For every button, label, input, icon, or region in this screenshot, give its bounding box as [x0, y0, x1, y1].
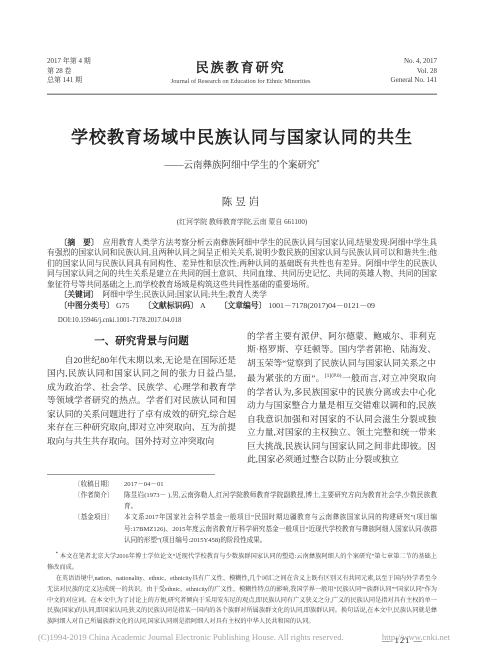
- body-paragraph-right: 的学者主要有派伊、阿尔德蒙、鲍威尔、菲利克斯·格罗斯、亨廷顿等。国内学者郭艳、陆…: [247, 330, 436, 467]
- journal-title-english: Journal of Research on Education for Eth…: [171, 78, 311, 85]
- copyright-text: (C)1994-2019 China Academic Journal Elec…: [38, 632, 344, 642]
- article-title: 学校教育场域中民族认同与国家认同的共生: [47, 123, 437, 148]
- doc-code-label: 〔文献标识码〕: [143, 301, 198, 310]
- received-date-row: 〔收稿日期〕 2017－04－01: [74, 479, 437, 490]
- journal-header: 2017 年第 4 期 第 28 卷 总第 141 期 民族教育研究 Journ…: [47, 57, 437, 86]
- abstract-paragraph: 〔摘 要〕 应用教育人类学方法考察分析云南彝族阿细中学生的民族认同与国家认同,结…: [47, 238, 437, 291]
- classification-line: 〔中图分类号〕 G75〔文献标识码〕 A〔文章编号〕 1001－7178(201…: [47, 301, 437, 312]
- issue-general-cn: 总第 141 期: [47, 76, 91, 86]
- author-bio-value: 陈昱岿(1973－ ),男,云南弥勒人,红河学院教师教育学院副教授,博士,主要研…: [124, 490, 437, 513]
- received-date-label: 〔收稿日期〕: [74, 479, 124, 490]
- article-id-label: 〔文章编号〕: [220, 301, 267, 310]
- footnotes-block: * 本文在笔者北京大学2016年博士学位论文“近现代学校教育与少数族群国家认同的…: [47, 550, 437, 628]
- title-footnote-marker: *: [317, 159, 320, 165]
- journal-title: 民族教育研究: [171, 57, 311, 76]
- footnote-1: * 本文在笔者北京大学2016年博士学位论文“近现代学校教育与少数族群国家认同的…: [47, 550, 437, 574]
- author-bio-row: 〔作者简介〕 陈昱岿(1973－ ),男,云南弥勒人,红河学院教师教育学院副教授…: [74, 490, 437, 513]
- fund-project-row: 〔基金项目〕 本文系2017年国家社会科学基金一般项目“民国时期边疆教育与云南彝…: [74, 512, 437, 546]
- issue-general-en: General No. 141: [391, 76, 437, 86]
- abstract-label: 〔摘 要〕: [59, 238, 94, 247]
- fund-project-value: 本文系2017年国家社会科学基金一般项目“民国时期边疆教育与云南彝族国家认同的构…: [124, 512, 437, 546]
- author-bio-label: 〔作者简介〕: [74, 490, 124, 513]
- section-heading-1: 一、研究背景与问题: [47, 333, 236, 348]
- two-column-body: 一、研究背景与问题 自20世纪80年代末期以来,无论是在国际还是国内,民族认同和…: [47, 326, 437, 467]
- cnki-url: http://www.cnki.net: [382, 632, 450, 642]
- body-paragraph-left: 自20世纪80年代末期以来,无论是在国际还是国内,民族认同和国家认同之间的张力日…: [47, 354, 236, 449]
- footnote-2: 在英语语境中,nation、nationality、ethnic、ethnici…: [47, 574, 437, 628]
- body-right-text-2: 一般而言,对立冲突取向的学者认为,多民族国家中的民族分离或去中心化动力与国家整合…: [247, 373, 436, 464]
- article-subtitle-text: ——云南彝族阿细中学生的个案研究: [164, 161, 316, 171]
- keywords-line: 〔关键词〕 阿细中学生;民族认同;国家认同;共生;教育人类学: [47, 290, 437, 301]
- doc-code-value: A: [200, 301, 206, 310]
- abstract-block: 〔摘 要〕 应用教育人类学方法考察分析云南彝族阿细中学生的民族认同与国家认同,结…: [47, 238, 437, 312]
- left-column: 一、研究背景与问题 自20世纪80年代末期以来,无论是在国际还是国内,民族认同和…: [47, 326, 236, 467]
- keywords-label: 〔关键词〕: [59, 290, 94, 299]
- issue-volume-cn: 第 28 卷: [47, 67, 91, 77]
- footnote-1-text: 本文在笔者北京大学2016年博士学位论文“近现代学校教育与少数族群国家认同的塑造…: [47, 553, 437, 571]
- citation-reference: [1](P.6): [325, 373, 342, 379]
- footnote-marker: *: [56, 552, 59, 557]
- issue-volume-en: Vol. 28: [391, 67, 437, 77]
- clc-label: 〔中图分类号〕: [59, 301, 114, 310]
- abstract-text: 应用教育人类学方法考察分析云南彝族阿细中学生的民族认同与国家认同,结果发现:阿细…: [47, 238, 437, 289]
- journal-title-block: 民族教育研究 Journal of Research on Education …: [171, 57, 311, 85]
- issue-number-en: No. 4, 2017: [391, 57, 437, 67]
- right-column: 的学者主要有派伊、阿尔德蒙、鲍威尔、菲利克斯·格罗斯、亨廷顿等。国内学者郭艳、陆…: [247, 326, 436, 467]
- header-issue-info-en: No. 4, 2017 Vol. 28 General No. 141: [391, 57, 437, 86]
- issue-year: 2017 年第 4 期: [47, 57, 91, 67]
- received-date-value: 2017－04－01: [124, 479, 437, 490]
- header-divider: [47, 93, 437, 95]
- clc-value: G75: [116, 301, 129, 310]
- article-notes: 〔收稿日期〕 2017－04－01 〔作者简介〕 陈昱岿(1973－ ),男,云…: [47, 479, 437, 547]
- author-affiliation: (红河学院 教师教育学院,云南 蒙自 661100): [47, 217, 437, 227]
- doi-line: DOI:10.15946/j.cnki.1001-7178.2017.04.01…: [47, 317, 437, 324]
- author-name: 陈昱岿: [47, 194, 437, 209]
- cnki-copyright-bar: (C)1994-2019 China Academic Journal Elec…: [38, 632, 450, 642]
- journal-page: 2017 年第 4 期 第 28 卷 总第 141 期 民族教育研究 Journ…: [0, 0, 480, 645]
- header-issue-info-cn: 2017 年第 4 期 第 28 卷 总第 141 期: [47, 57, 91, 86]
- article-id-value: 1001－7178(2017)04－0121－09: [268, 301, 375, 310]
- article-subtitle: ——云南彝族阿细中学生的个案研究*: [47, 157, 437, 171]
- fund-project-label: 〔基金项目〕: [74, 512, 124, 546]
- notes-divider: [47, 474, 215, 475]
- keywords-text: 阿细中学生;民族认同;国家认同;共生;教育人类学: [102, 290, 267, 299]
